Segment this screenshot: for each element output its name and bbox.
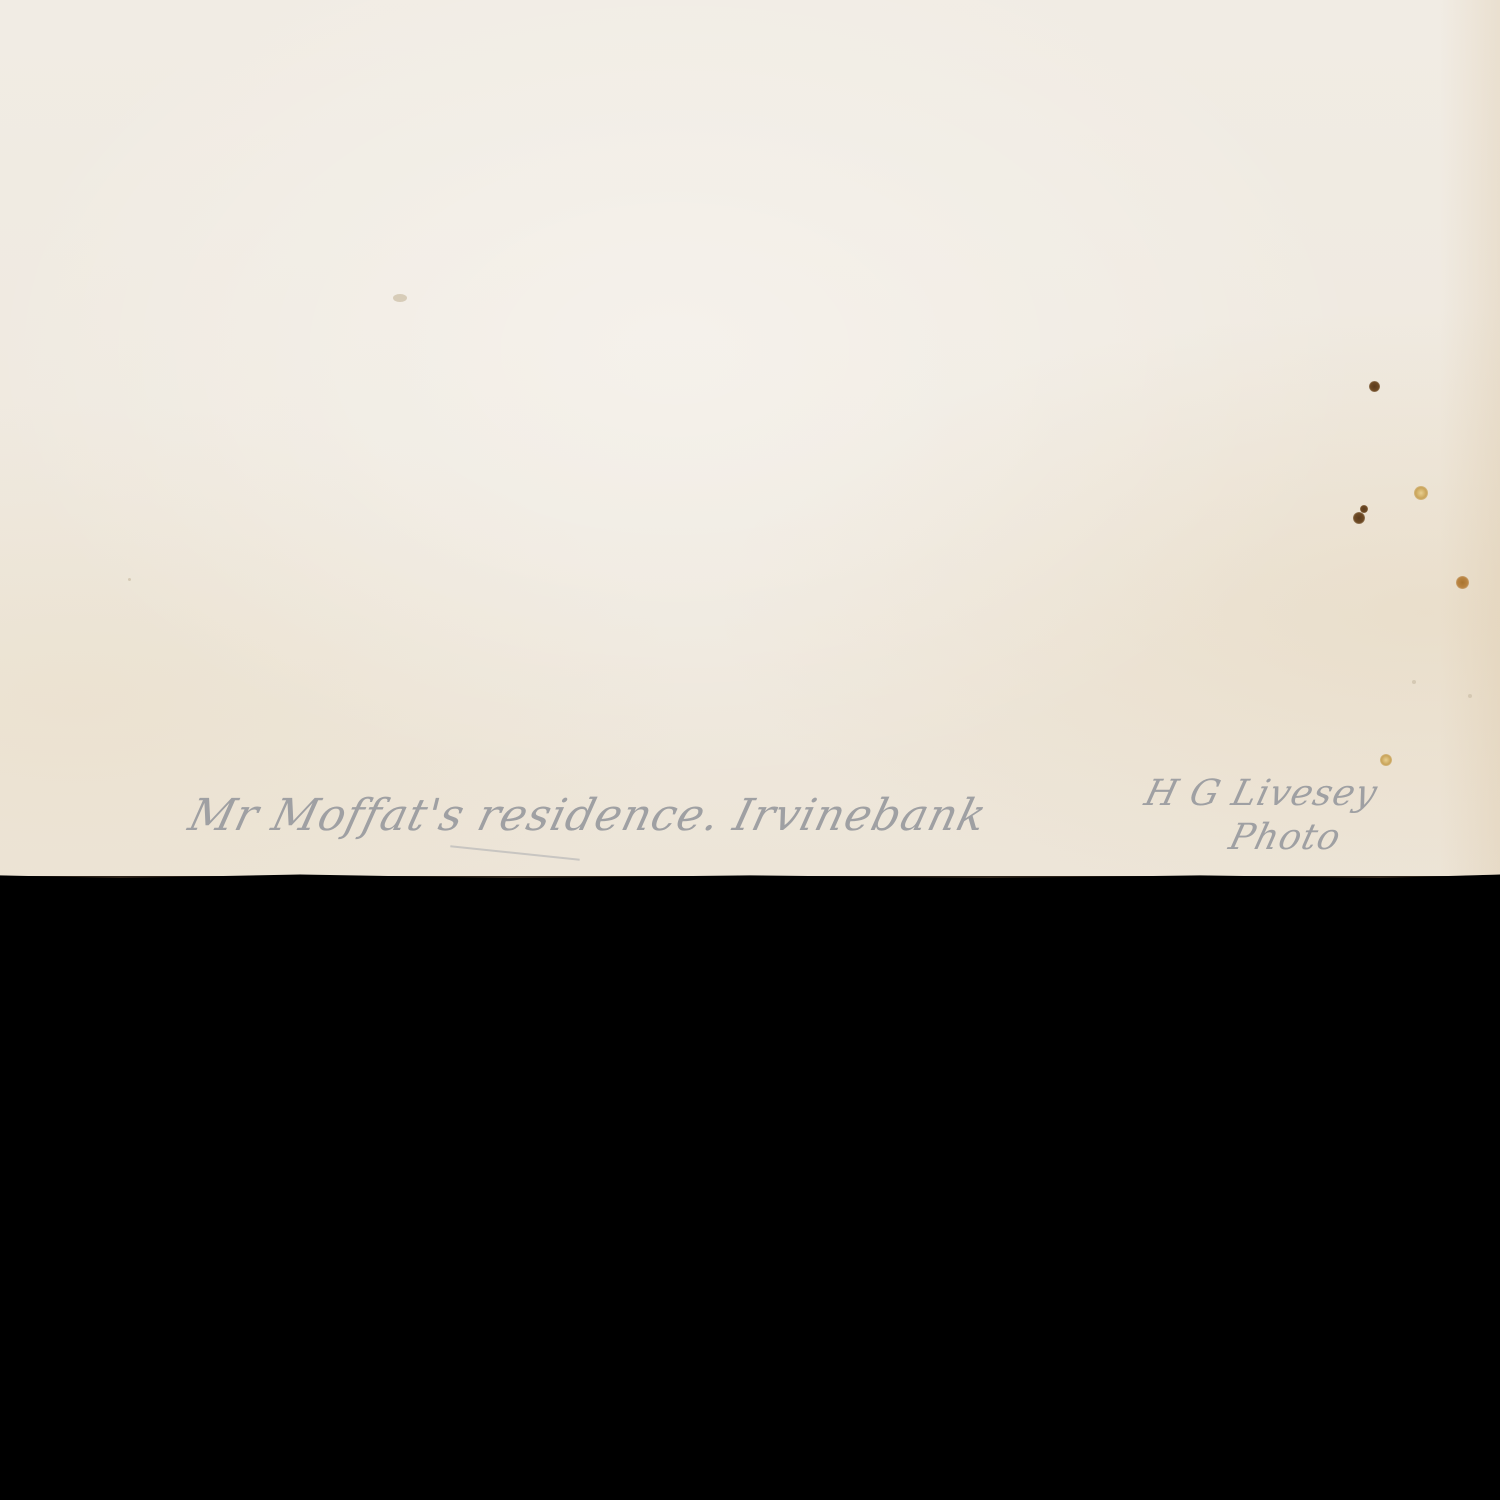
surface-mark (1412, 680, 1416, 684)
paper-sheet: Mr Moffat's residence. Irvinebank H G Li… (0, 0, 1500, 878)
photographer-name: H G Livesey (1140, 772, 1382, 816)
foxing-spot (1369, 381, 1380, 392)
handwritten-caption: Mr Moffat's residence. Irvinebank (184, 790, 993, 841)
foxing-spot (1414, 486, 1428, 500)
surface-mark (393, 294, 407, 302)
paper-edge-discoloration (1440, 0, 1500, 876)
photo-label: Photo (1129, 816, 1371, 860)
foxing-spot (1353, 512, 1365, 524)
scanned-document: Mr Moffat's residence. Irvinebank H G Li… (0, 0, 1500, 1500)
foxing-spot (1380, 754, 1392, 766)
photographer-credit: H G Livesey Photo (1129, 772, 1382, 860)
surface-mark (1468, 694, 1472, 698)
foxing-spot (1456, 576, 1469, 589)
surface-mark (128, 578, 131, 581)
pencil-stroke (450, 845, 579, 861)
